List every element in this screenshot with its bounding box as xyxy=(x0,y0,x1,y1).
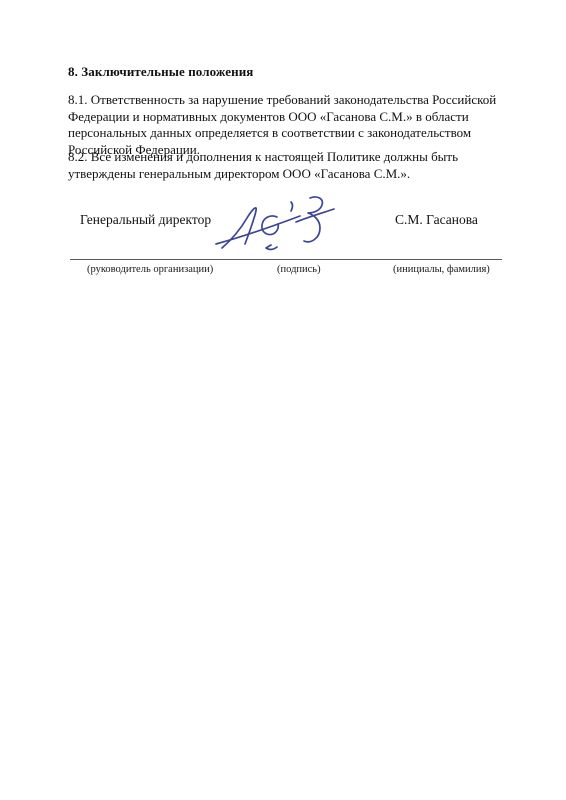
caption-head-of-organization: (руководитель организации) xyxy=(87,264,213,275)
paragraph-8-2: 8.2. Все изменения и дополнения к настоя… xyxy=(68,149,516,182)
signature-line xyxy=(70,259,502,260)
document-page: 8. Заключительные положения 8.1. Ответст… xyxy=(0,0,566,800)
signer-role-label: Генеральный директор xyxy=(80,212,211,228)
caption-signature: (подпись) xyxy=(277,264,321,275)
handwritten-signature-icon xyxy=(214,194,344,258)
signer-name: С.М. Гасанова xyxy=(395,212,478,228)
section-heading: 8. Заключительные положения xyxy=(68,64,518,80)
caption-initials-surname: (инициалы, фамилия) xyxy=(393,264,490,275)
